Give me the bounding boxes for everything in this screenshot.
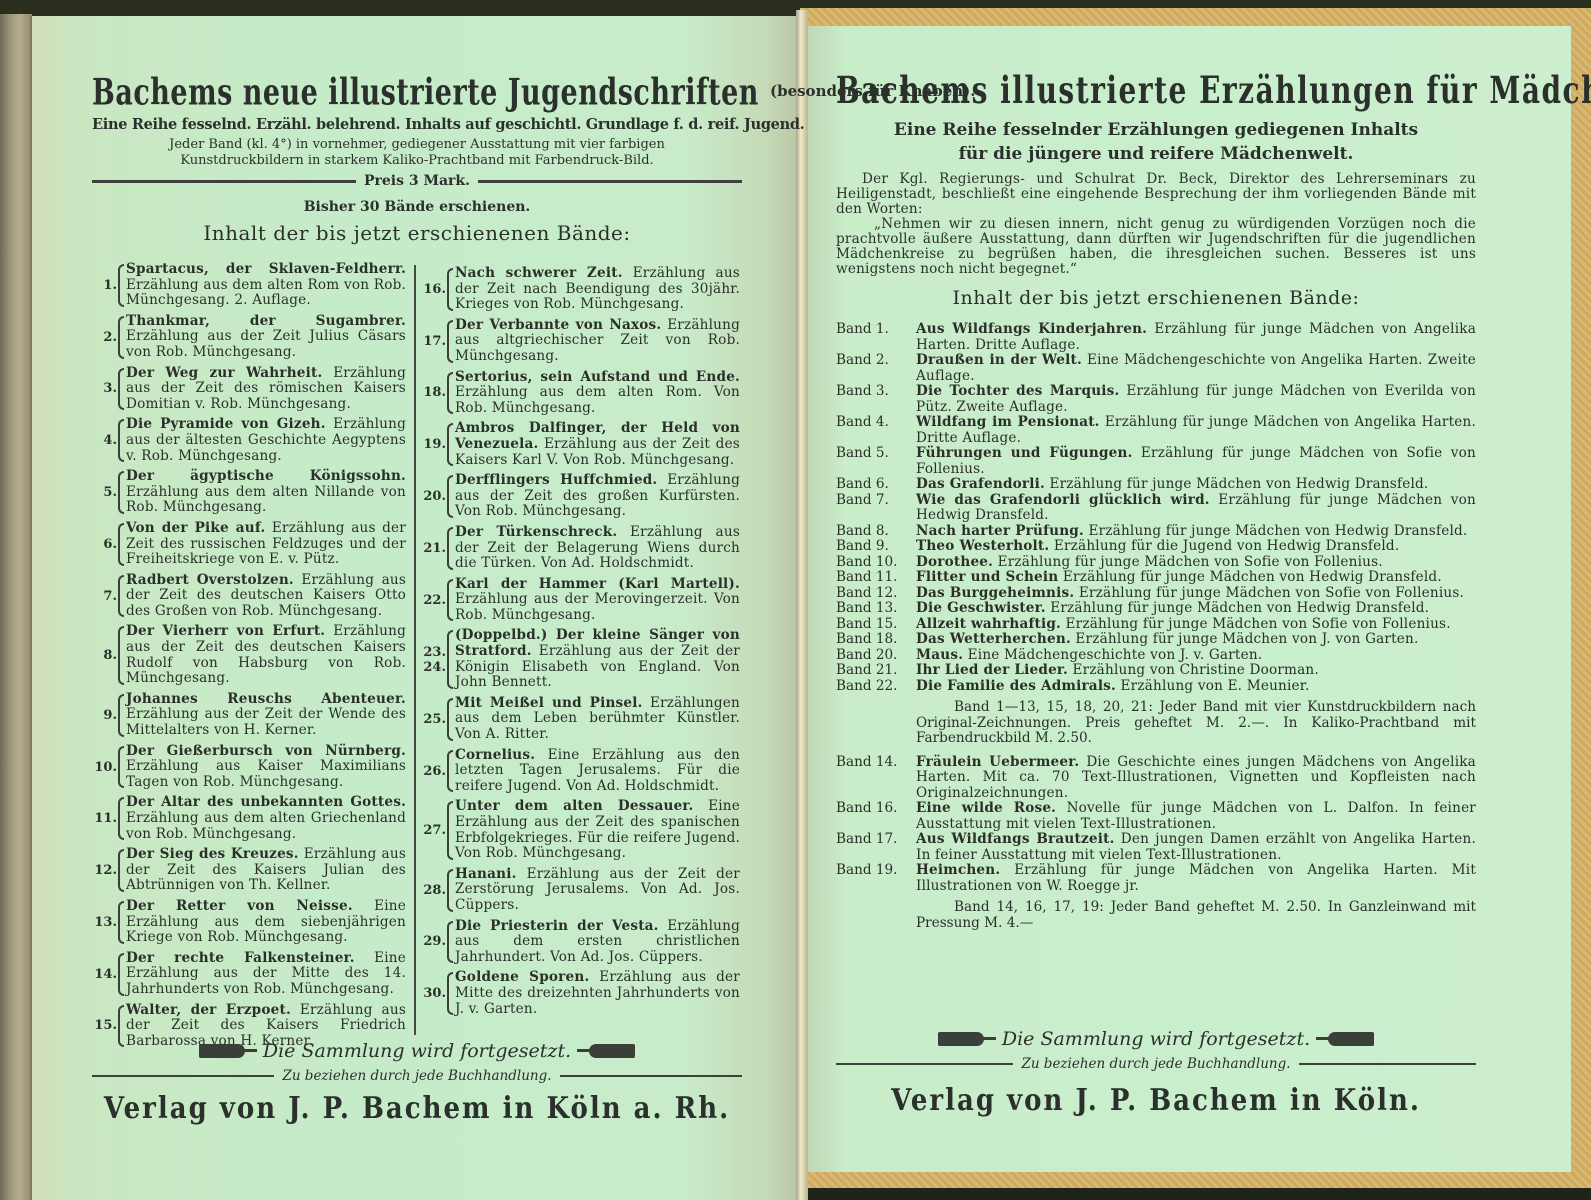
volume-description: Der Sieg des Kreuzes. Erzählung aus der … [126, 847, 406, 894]
band-entry: Band 19.Heimchen. Erzählung für junge Mä… [836, 863, 1476, 894]
brace-icon [447, 921, 453, 964]
volume-number: 26. [425, 748, 447, 795]
volume-title: Der Altar des unbekannten Gottes. [126, 794, 406, 810]
band-details: Erzählung für junge Mädchen von Sofie vo… [1079, 585, 1464, 601]
volume-title: Der Sieg des Kreuzes. [126, 846, 299, 862]
volume-title: Walter, der Erzpoet. [126, 1002, 291, 1018]
band-details: Erzählung für junge Mädchen von Sofie vo… [998, 554, 1383, 570]
band-description: Führungen und Fügungen. Erzählung für ju… [916, 446, 1476, 477]
volume-number: 13. [96, 899, 118, 946]
volume-description: Die Priesterin der Vesta. Erzählung aus … [455, 919, 740, 966]
band-entry: Band 10.Dorothee. Erzählung für junge Mä… [836, 555, 1476, 571]
brace-icon [118, 264, 124, 307]
band-title: Die Tochter des Marquis. [916, 383, 1119, 399]
volume-description: Der ägyptische Königssohn. Erzählung aus… [126, 469, 406, 516]
band-label: Band 14. [836, 755, 916, 802]
divider-rule [1299, 1063, 1476, 1065]
right-volume-list: Band 1.Aus Wildfangs Kinderjahren. Erzäh… [836, 322, 1476, 939]
volume-title: Die Priesterin der Vesta. [455, 918, 659, 934]
brace-icon [118, 523, 124, 566]
brace-icon [447, 372, 453, 415]
band-description: Das Wetterherchen. Erzählung für junge M… [916, 632, 1476, 648]
volume-title: Goldene Sporen. [455, 969, 589, 985]
volume-entry: 8.Der Vierherr von Erfurt. Erzählung aus… [96, 624, 406, 686]
volume-description: Unter dem alten Dessauer. Eine Erzählung… [455, 799, 740, 861]
band-entry: Band 21.Ihr Lied der Lieder. Erzählung v… [836, 663, 1476, 679]
band-label: Band 1. [836, 322, 916, 353]
band-title: Wildfang im Pensionat. [916, 414, 1100, 430]
right-publisher: Verlag von J. P. Bachem in Köln. [836, 1084, 1476, 1119]
volume-description: Mit Meißel und Pinsel. Erzählungen aus d… [455, 696, 740, 743]
brace-icon [447, 630, 453, 688]
band-description: Allzeit wahrhaftig. Erzählung für junge … [916, 617, 1476, 633]
volume-number: 7. [96, 573, 118, 620]
volume-description: (Doppelbd.) Der kleine Sänger von Stratf… [455, 628, 740, 690]
band-title: Die Geschwister. [916, 600, 1046, 616]
volume-number: 20. [425, 473, 447, 520]
band-label: Band 10. [836, 555, 916, 571]
volume-details: Erzählung aus Kaiser Maximilians Tagen v… [126, 758, 406, 790]
band-details: Erzählung für junge Mädchen von Hedwig D… [1050, 600, 1429, 616]
volume-number: 23. 24. [425, 628, 447, 690]
volume-description: Der Vierherr von Erfurt. Erzählung aus d… [126, 624, 406, 686]
band-label: Band 3. [836, 384, 916, 415]
volume-entry: 12.Der Sieg des Kreuzes. Erzählung aus d… [96, 847, 406, 894]
volume-description: Derfflingers Huffchmied. Erzählung aus d… [455, 473, 740, 520]
divider-rule [836, 1063, 1013, 1065]
band-description: Aus Wildfangs Brautzeit. Den jungen Dame… [916, 832, 1476, 863]
volume-title: Der rechte Falkensteiner. [126, 950, 355, 966]
left-page-title: Bachems neue illustrierte Jugendschrifte… [92, 72, 759, 114]
brace-icon [447, 801, 453, 859]
band-description: Das Grafendorli. Erzählung für junge Mäd… [916, 477, 1476, 493]
right-subtitle-line2: für die jüngere und reifere Mädchenwelt. [836, 144, 1476, 164]
volume-description: Spartacus, der Sklaven-Feldherr. Erzählu… [126, 262, 406, 309]
band-description: Fräulein Uebermeer. Die Geschichte eines… [916, 755, 1476, 802]
volume-description: Goldene Sporen. Erzählung aus der Mitte … [455, 970, 740, 1017]
volume-entry: 17.Der Verbannte von Naxos. Erzählung au… [425, 318, 740, 365]
divider-rule [478, 180, 742, 183]
band-label: Band 9. [836, 539, 916, 555]
price-note-b-text: Band 14, 16, 17, 19: Jeder Band geheftet… [916, 900, 1476, 931]
volume-title: Mit Meißel und Pinsel. [455, 695, 643, 711]
divider-rule [92, 1075, 274, 1077]
band-details: Erzählung für junge Mädchen von Sofie vo… [1066, 616, 1451, 632]
volume-entry: 14.Der rechte Falkensteiner. Eine Erzähl… [96, 951, 406, 998]
left-contents-heading: Inhalt der bis jetzt erschienenen Bände: [92, 221, 742, 245]
pointing-hand-right-icon [199, 1044, 245, 1058]
left-continued-row: Die Sammlung wird fortgesetzt. [92, 1040, 742, 1062]
brace-icon [447, 475, 453, 518]
price-label: Preis 3 Mark. [364, 173, 470, 189]
band-label: Band 13. [836, 601, 916, 617]
band-title: Fräulein Uebermeer. [916, 754, 1079, 770]
band-entry: Band 7.Wie das Grafendorli glücklich wir… [836, 493, 1476, 524]
volume-details: Erzählung aus dem alten Rom von Rob. Mün… [126, 277, 406, 309]
band-description: Nach harter Prüfung. Erzählung für junge… [916, 524, 1476, 540]
volume-number: 1. [96, 262, 118, 309]
page-edges [0, 14, 32, 1200]
volume-number: 4. [96, 417, 118, 464]
brace-icon [118, 694, 124, 737]
volume-title: Der Gießerbursch von Nürnberg. [126, 743, 406, 759]
volume-description: Der Türkenschreck. Erzählung aus der Zei… [455, 525, 740, 572]
brace-icon [118, 316, 124, 359]
band-entry: Band 3.Die Tochter des Marquis. Erzählun… [836, 384, 1476, 415]
brace-icon [118, 797, 124, 840]
band-title: Draußen in der Welt. [916, 352, 1082, 368]
right-available-row: Zu beziehen durch jede Buchhandlung. [836, 1056, 1476, 1072]
volume-entry: 7.Radbert Overstolzen. Erzählung aus der… [96, 573, 406, 620]
band-title: Aus Wildfangs Kinderjahren. [916, 321, 1147, 337]
brace-icon [447, 579, 453, 622]
volume-number: 10. [96, 744, 118, 791]
right-continued-row: Die Sammlung wird fortgesetzt. [836, 1028, 1476, 1050]
volume-description: Der rechte Falkensteiner. Eine Erzählung… [126, 951, 406, 998]
book-spread: Bachems neue illustrierte Jugendschrifte… [0, 0, 1591, 1200]
left-available-text: Zu beziehen durch jede Buchhandlung. [282, 1068, 551, 1084]
band-description: Die Familie des Admirals. Erzählung von … [916, 679, 1476, 695]
band-label: Band 21. [836, 663, 916, 679]
volume-title: Unter dem alten Dessauer. [455, 798, 693, 814]
volume-entry: 4.Die Pyramide von Gizeh. Erzählung aus … [96, 417, 406, 464]
right-subtitle-line1: Eine Reihe fesselnder Erzählungen gedieg… [836, 120, 1476, 140]
left-page-subtitle: Eine Reihe fesselnd. Erzähl. belehrend. … [92, 116, 742, 133]
volume-list-group-a: Band 1.Aus Wildfangs Kinderjahren. Erzäh… [836, 322, 1476, 694]
band-label: Band 19. [836, 863, 916, 894]
volume-title: Von der Pike auf. [126, 520, 265, 536]
band-details: Erzählung für die Jugend von Hedwig Dran… [1054, 538, 1400, 554]
left-page-footer: Die Sammlung wird fortgesetzt. Zu bezieh… [92, 1040, 742, 1124]
volume-description: Der Verbannte von Naxos. Erzählung aus a… [455, 318, 740, 365]
volume-entry: 16.Nach schwerer Zeit. Erzählung aus der… [425, 266, 740, 313]
volume-description: Thankmar, der Sugambrer. Erzählung aus d… [126, 314, 406, 361]
brace-icon [118, 626, 124, 684]
brace-icon [447, 423, 453, 466]
volume-number: 6. [96, 521, 118, 568]
volume-description: Karl der Hammer (Karl Martell). Erzählun… [455, 577, 740, 624]
band-entry: Band 9.Theo Westerholt. Erzählung für di… [836, 539, 1476, 555]
band-label: Band 8. [836, 524, 916, 540]
right-contents-heading: Inhalt der bis jetzt erschienenen Bände: [836, 287, 1476, 309]
band-label: Band 17. [836, 832, 916, 863]
band-description: Eine wilde Rose. Novelle für junge Mädch… [916, 801, 1476, 832]
band-details: Erzählung für junge Mädchen von Hedwig D… [1088, 523, 1467, 539]
band-entry: Band 1.Aus Wildfangs Kinderjahren. Erzäh… [836, 322, 1476, 353]
right-page-footer: Die Sammlung wird fortgesetzt. Zu bezieh… [836, 1028, 1476, 1116]
volume-entry: 18.Sertorius, sein Aufstand und Ende. Er… [425, 370, 740, 417]
band-entry: Band 2.Draußen in der Welt. Eine Mädchen… [836, 353, 1476, 384]
band-description: Flitter und Schein Erzählung für junge M… [916, 570, 1476, 586]
volume-list-group-b: Band 14.Fräulein Uebermeer. Die Geschich… [836, 755, 1476, 895]
brace-icon [118, 953, 124, 996]
volume-title: Der Weg zur Wahrheit. [126, 365, 322, 381]
column-divider [414, 265, 416, 1035]
volume-description: Cornelius. Eine Erzählung aus den letzte… [455, 748, 740, 795]
band-details: Erzählung für junge Mädchen von Hedwig D… [1063, 569, 1442, 585]
volume-title: Sertorius, sein Aufstand und Ende. [455, 369, 740, 385]
band-entry: Band 6.Das Grafendorli. Erzählung für ju… [836, 477, 1476, 493]
review-intro: Der Kgl. Regierungs- und Schulrat Dr. Be… [836, 172, 1476, 217]
volume-number: 18. [425, 370, 447, 417]
band-label: Band 16. [836, 801, 916, 832]
volume-entry: 19.Ambros Dalfinger, der Held von Venezu… [425, 421, 740, 468]
band-title: Aus Wildfangs Brautzeit. [916, 831, 1115, 847]
band-details: Erzählung für junge Mädchen von J. von G… [1075, 631, 1418, 647]
band-description: Dorothee. Erzählung für junge Mädchen vo… [916, 555, 1476, 571]
volume-number: 30. [425, 970, 447, 1017]
volume-entry: 20.Derfflingers Huffchmied. Erzählung au… [425, 473, 740, 520]
brace-icon [118, 575, 124, 618]
band-title: Führungen und Fügungen. [916, 445, 1133, 461]
left-page-header: Bachems neue illustrierte Jugendschrifte… [92, 72, 742, 245]
band-label: Band 20. [836, 648, 916, 664]
band-title: Flitter und Schein [916, 569, 1058, 585]
band-title: Das Wetterherchen. [916, 631, 1071, 647]
pointing-hand-right-icon [938, 1032, 984, 1046]
volume-title: Cornelius. [455, 747, 535, 763]
left-page-description: Jeder Band (kl. 4°) in vornehmer, gedieg… [122, 137, 712, 169]
volume-number: 25. [425, 696, 447, 743]
band-entry: Band 16.Eine wilde Rose. Novelle für jun… [836, 801, 1476, 832]
band-label: Band 6. [836, 477, 916, 493]
pointing-hand-left-icon [589, 1044, 635, 1058]
review-quote: „Nehmen wir zu diesen innern, nicht genu… [836, 217, 1476, 277]
volume-entry: 29.Die Priesterin der Vesta. Erzählung a… [425, 919, 740, 966]
band-entry: Band 11.Flitter und Schein Erzählung für… [836, 570, 1476, 586]
band-description: Aus Wildfangs Kinderjahren. Erzählung fü… [916, 322, 1476, 353]
band-title: Theo Westerholt. [916, 538, 1049, 554]
volume-details: Erzählung aus der Zeit Julius Cäsars von… [126, 328, 406, 360]
price-note-b: Band 14, 16, 17, 19: Jeder Band geheftet… [836, 900, 1476, 931]
brace-icon [118, 901, 124, 944]
band-entry: Band 4.Wildfang im Pensionat. Erzählung … [836, 415, 1476, 446]
volume-details: Erzählung aus der Zeit der Wende des Mit… [126, 706, 406, 738]
divider-rule [560, 1075, 742, 1077]
band-entry: Band 8.Nach harter Prüfung. Erzählung fü… [836, 524, 1476, 540]
band-details: Eine Mädchengeschichte von J. v. Garten. [968, 647, 1263, 663]
volume-entry: 10.Der Gießerbursch von Nürnberg. Erzähl… [96, 744, 406, 791]
left-continued-text: Die Sammlung wird fortgesetzt. [263, 1040, 571, 1062]
brace-icon [447, 527, 453, 570]
volume-entry: 25.Mit Meißel und Pinsel. Erzählungen au… [425, 696, 740, 743]
volume-description: Nach schwerer Zeit. Erzählung aus der Ze… [455, 266, 740, 313]
band-title: Das Grafendorli. [916, 476, 1045, 492]
band-description: Die Geschwister. Erzählung für junge Mäd… [916, 601, 1476, 617]
band-details: Erzählung von Christine Doorman. [1073, 662, 1319, 678]
pointing-hand-left-icon [1328, 1032, 1374, 1046]
band-title: Dorothee. [916, 554, 993, 570]
price-note-a-text: Band 1—13, 15, 18, 20, 21: Jeder Band mi… [916, 700, 1476, 747]
band-details: Erzählung von E. Meunier. [1121, 678, 1310, 694]
price-note-a: Band 1—13, 15, 18, 20, 21: Jeder Band mi… [836, 700, 1476, 747]
volume-title: Derfflingers Huffchmied. [455, 472, 657, 488]
volume-entry: 21.Der Türkenschreck. Erzählung aus der … [425, 525, 740, 572]
band-entry: Band 15.Allzeit wahrhaftig. Erzählung fü… [836, 617, 1476, 633]
band-title: Das Burggeheimnis. [916, 585, 1074, 601]
volume-description: Von der Pike auf. Erzählung aus der Zeit… [126, 521, 406, 568]
volume-title: Der Verbannte von Naxos. [455, 317, 661, 333]
volume-number: 29. [425, 919, 447, 966]
volume-count: Bisher 30 Bände erschienen. [92, 199, 742, 215]
volume-number: 12. [96, 847, 118, 894]
band-entry: Band 12.Das Burggeheimnis. Erzählung für… [836, 586, 1476, 602]
volume-number: 5. [96, 469, 118, 516]
volume-title: Der Vierherr von Erfurt. [126, 623, 325, 639]
band-description: Heimchen. Erzählung für junge Mädchen vo… [916, 863, 1476, 894]
volume-title: Der Türkenschreck. [455, 524, 617, 540]
volume-description: Sertorius, sein Aufstand und Ende. Erzäh… [455, 370, 740, 417]
volume-entry: 2.Thankmar, der Sugambrer. Erzählung aus… [96, 314, 406, 361]
volume-entry: 5.Der ägyptische Königssohn. Erzählung a… [96, 469, 406, 516]
volume-entry: 13.Der Retter von Neisse. Eine Erzählung… [96, 899, 406, 946]
volume-number: 17. [425, 318, 447, 365]
volume-title: Der Retter von Neisse. [126, 898, 353, 914]
band-title: Allzeit wahrhaftig. [916, 616, 1061, 632]
volume-number: 8. [96, 624, 118, 686]
volume-description: Johannes Reuschs Abenteuer. Erzählung au… [126, 692, 406, 739]
volume-title: Spartacus, der Sklaven-Feldherr. [126, 261, 406, 277]
right-page-title: Bachems illustrierte Erzählungen für Mäd… [836, 68, 1591, 113]
band-title: Ihr Lied der Lieder. [916, 662, 1068, 678]
band-label: Band 7. [836, 493, 916, 524]
volume-title: Thankmar, der Sugambrer. [126, 313, 406, 329]
volume-description: Hanani. Erzählung aus der Zeit der Zerst… [455, 867, 740, 914]
brace-icon [118, 471, 124, 514]
volume-details: Erzählung aus dem alten Rom. Von Rob. Mü… [455, 384, 740, 416]
right-page-header: Bachems illustrierte Erzählungen für Mäd… [836, 68, 1476, 309]
volume-description: Ambros Dalfinger, der Held von Venezuela… [455, 421, 740, 468]
volume-number: 21. [425, 525, 447, 572]
volume-title: Radbert Overstolzen. [126, 572, 294, 588]
brace-icon [447, 972, 453, 1015]
band-description: Wie das Grafendorli glücklich wird. Erzä… [916, 493, 1476, 524]
volume-title: Die Pyramide von Gizeh. [126, 416, 326, 432]
band-description: Wildfang im Pensionat. Erzählung für jun… [916, 415, 1476, 446]
volume-entry: 9.Johannes Reuschs Abenteuer. Erzählung … [96, 692, 406, 739]
band-details: Erzählung für junge Mädchen von Angelika… [916, 862, 1476, 894]
volume-entry: 3.Der Weg zur Wahrheit. Erzählung aus de… [96, 366, 406, 413]
band-title: Heimchen. [916, 862, 1000, 878]
left-publisher: Verlag von J. P. Bachem in Köln a. Rh. [92, 1092, 742, 1127]
divider-rule [92, 180, 356, 183]
book-gutter [796, 10, 808, 1200]
band-description: Draußen in der Welt. Eine Mädchengeschic… [916, 353, 1476, 384]
band-title: Maus. [916, 647, 963, 663]
volume-details: Erzählung aus der Merovingerzeit. Von Ro… [455, 591, 740, 623]
volume-number: 3. [96, 366, 118, 413]
volume-description: Der Gießerbursch von Nürnberg. Erzählung… [126, 744, 406, 791]
brace-icon [447, 869, 453, 912]
band-entry: Band 13.Die Geschwister. Erzählung für j… [836, 601, 1476, 617]
brace-icon [447, 698, 453, 741]
volume-title: Nach schwerer Zeit. [455, 265, 623, 281]
band-label: Band 4. [836, 415, 916, 446]
band-label: Band 18. [836, 632, 916, 648]
band-label: Band 5. [836, 446, 916, 477]
volume-description: Radbert Overstolzen. Erzählung aus der Z… [126, 573, 406, 620]
band-description: Maus. Eine Mädchengeschichte von J. v. G… [916, 648, 1476, 664]
volume-entry: 22.Karl der Hammer (Karl Martell). Erzäh… [425, 577, 740, 624]
volume-number: 14. [96, 951, 118, 998]
left-available-row: Zu beziehen durch jede Buchhandlung. [92, 1068, 742, 1084]
volume-number: 27. [425, 799, 447, 861]
volume-entry: 6.Von der Pike auf. Erzählung aus der Ze… [96, 521, 406, 568]
brace-icon [118, 419, 124, 462]
band-entry: Band 17.Aus Wildfangs Brautzeit. Den jun… [836, 832, 1476, 863]
right-available-text: Zu beziehen durch jede Buchhandlung. [1021, 1056, 1290, 1072]
volume-number: 22. [425, 577, 447, 624]
volume-description: Der Weg zur Wahrheit. Erzählung aus der … [126, 366, 406, 413]
band-description: Ihr Lied der Lieder. Erzählung von Chris… [916, 663, 1476, 679]
volume-title: Der ägyptische Königssohn. [126, 468, 406, 484]
volume-entry: 30.Goldene Sporen. Erzählung aus der Mit… [425, 970, 740, 1017]
left-volume-list-b: 16.Nach schwerer Zeit. Erzählung aus der… [425, 266, 740, 1022]
band-title: Die Familie des Admirals. [916, 678, 1116, 694]
volume-entry: 23. 24.(Doppelbd.) Der kleine Sänger von… [425, 628, 740, 690]
brace-icon [118, 849, 124, 892]
band-entry: Band 18.Das Wetterherchen. Erzählung für… [836, 632, 1476, 648]
band-entry: Band 14.Fräulein Uebermeer. Die Geschich… [836, 755, 1476, 802]
band-description: Theo Westerholt. Erzählung für die Jugen… [916, 539, 1476, 555]
volume-details: Erzählung aus dem alten Griechenland von… [126, 810, 406, 842]
volume-title: Hanani. [455, 866, 517, 882]
band-title: Nach harter Prüfung. [916, 523, 1084, 539]
left-volume-list-a: 1.Spartacus, der Sklaven-Feldherr. Erzäh… [96, 262, 406, 1054]
volume-details: Erzählung aus dem alten Nillande von Rob… [126, 484, 406, 516]
brace-icon [447, 320, 453, 363]
brace-icon [118, 746, 124, 789]
band-title: Wie das Grafendorli glücklich wird. [916, 492, 1210, 508]
band-entry: Band 5.Führungen und Fügungen. Erzählung… [836, 446, 1476, 477]
volume-number: 11. [96, 795, 118, 842]
band-label: Band 12. [836, 586, 916, 602]
volume-number: 2. [96, 314, 118, 361]
volume-entry: 28.Hanani. Erzählung aus der Zeit der Ze… [425, 867, 740, 914]
volume-description: Der Retter von Neisse. Eine Erzählung au… [126, 899, 406, 946]
volume-number: 9. [96, 692, 118, 739]
brace-icon [118, 368, 124, 411]
band-details: Erzählung für junge Mädchen von Hedwig D… [1049, 476, 1428, 492]
band-entry: Band 22.Die Familie des Admirals. Erzähl… [836, 679, 1476, 695]
right-continued-text: Die Sammlung wird fortgesetzt. [1002, 1028, 1310, 1050]
band-label: Band 11. [836, 570, 916, 586]
volume-description: Der Altar des unbekannten Gottes. Erzähl… [126, 795, 406, 842]
volume-title: Johannes Reuschs Abenteuer. [126, 691, 406, 707]
volume-number: 19. [425, 421, 447, 468]
brace-icon [447, 750, 453, 793]
band-label: Band 15. [836, 617, 916, 633]
volume-title: Karl der Hammer (Karl Martell). [455, 576, 740, 592]
price-row: Preis 3 Mark. [92, 173, 742, 189]
volume-entry: 27.Unter dem alten Dessauer. Eine Erzähl… [425, 799, 740, 861]
band-entry: Band 20.Maus. Eine Mädchengeschichte von… [836, 648, 1476, 664]
band-title: Eine wilde Rose. [916, 800, 1056, 816]
band-description: Das Burggeheimnis. Erzählung für junge M… [916, 586, 1476, 602]
brace-icon [447, 268, 453, 311]
volume-entry: 1.Spartacus, der Sklaven-Feldherr. Erzäh… [96, 262, 406, 309]
volume-entry: 26.Cornelius. Eine Erzählung aus den let… [425, 748, 740, 795]
band-label: Band 22. [836, 679, 916, 695]
volume-number: 16. [425, 266, 447, 313]
band-label: Band 2. [836, 353, 916, 384]
band-description: Die Tochter des Marquis. Erzählung für j… [916, 384, 1476, 415]
volume-entry: 11.Der Altar des unbekannten Gottes. Erz… [96, 795, 406, 842]
volume-description: Die Pyramide von Gizeh. Erzählung aus de… [126, 417, 406, 464]
volume-number: 28. [425, 867, 447, 914]
